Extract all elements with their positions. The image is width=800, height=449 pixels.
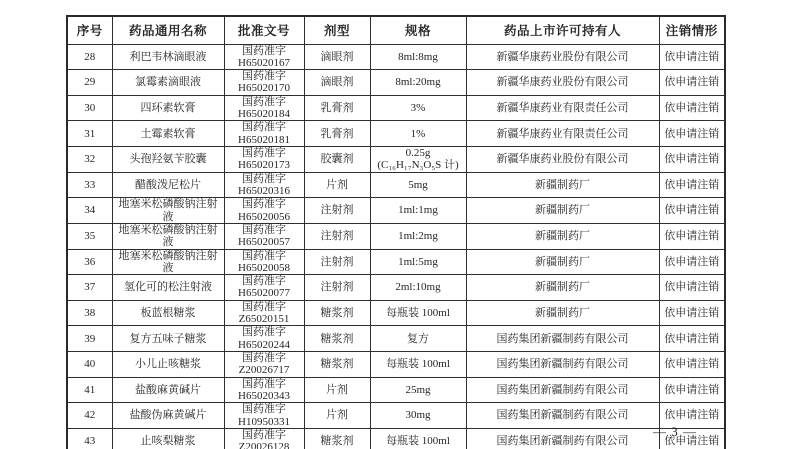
approval-no-cell: 国药准字 H65020244 xyxy=(224,326,304,352)
status-cell: 依申请注销 xyxy=(659,147,725,173)
spec-cell: 复方 xyxy=(370,326,466,352)
approval-no-cell: 国药准字 H65020167 xyxy=(224,44,304,70)
header-dosage-form: 剂型 xyxy=(304,16,370,44)
dosage-form-cell: 注射剂 xyxy=(304,275,370,301)
drug-name-cell: 氯霉素滴眼液 xyxy=(112,70,224,96)
dosage-form-cell: 片剂 xyxy=(304,377,370,403)
seq-cell: 43 xyxy=(67,428,112,449)
dosage-form-cell: 糖浆剂 xyxy=(304,428,370,449)
header-approval-no: 批准文号 xyxy=(224,16,304,44)
holder-cell: 新疆制药厂 xyxy=(466,300,659,326)
seq-cell: 32 xyxy=(67,147,112,173)
page-number: — 3 — xyxy=(636,424,714,440)
drug-name-cell: 盐酸麻黄碱片 xyxy=(112,377,224,403)
seq-cell: 39 xyxy=(67,326,112,352)
status-cell: 依申请注销 xyxy=(659,275,725,301)
dosage-form-cell: 滴眼剂 xyxy=(304,70,370,96)
table-row: 39复方五味子糖浆国药准字 H65020244糖浆剂复方国药集团新疆制药有限公司… xyxy=(67,326,725,352)
spec-cell: 1% xyxy=(370,121,466,147)
drug-name-cell: 地塞米松磷酸钠注射液 xyxy=(112,198,224,224)
dosage-form-cell: 胶囊剂 xyxy=(304,147,370,173)
spec-cell: 3% xyxy=(370,95,466,121)
dosage-form-cell: 糖浆剂 xyxy=(304,352,370,378)
table-row: 38板蓝根糖浆国药准字 Z65020151糖浆剂每瓶装 100ml新疆制药厂依申… xyxy=(67,300,725,326)
seq-cell: 28 xyxy=(67,44,112,70)
dosage-form-cell: 片剂 xyxy=(304,403,370,429)
holder-cell: 国药集团新疆制药有限公司 xyxy=(466,352,659,378)
dosage-form-cell: 注射剂 xyxy=(304,223,370,249)
approval-no-cell: 国药准字 H65020173 xyxy=(224,147,304,173)
holder-cell: 新疆制药厂 xyxy=(466,223,659,249)
seq-cell: 42 xyxy=(67,403,112,429)
spec-cell: 8ml:20mg xyxy=(370,70,466,96)
holder-cell: 新疆华康药业股份有限公司 xyxy=(466,147,659,173)
seq-cell: 34 xyxy=(67,198,112,224)
drug-name-cell: 四环素软膏 xyxy=(112,95,224,121)
table-row: 36地塞米松磷酸钠注射液国药准字 H65020058注射剂1ml:5mg新疆制药… xyxy=(67,249,725,275)
drug-name-cell: 利巴韦林滴眼液 xyxy=(112,44,224,70)
drug-name-cell: 头孢羟氨苄胶囊 xyxy=(112,147,224,173)
drug-name-cell: 醋酸泼尼松片 xyxy=(112,172,224,198)
document-page: 序号 药品通用名称 批准文号 剂型 规格 药品上市许可持有人 注销情形 28利巴… xyxy=(0,0,800,449)
table-row: 33醋酸泼尼松片国药准字 H65020316片剂5mg新疆制药厂依申请注销 xyxy=(67,172,725,198)
status-cell: 依申请注销 xyxy=(659,121,725,147)
status-cell: 依申请注销 xyxy=(659,352,725,378)
approval-no-cell: 国药准字 Z65020151 xyxy=(224,300,304,326)
status-cell: 依申请注销 xyxy=(659,95,725,121)
dosage-form-cell: 注射剂 xyxy=(304,249,370,275)
seq-cell: 38 xyxy=(67,300,112,326)
approval-no-cell: 国药准字 H65020343 xyxy=(224,377,304,403)
table-row: 32头孢羟氨苄胶囊国药准字 H65020173胶囊剂0.25g (C₁₆H₁₇N… xyxy=(67,147,725,173)
dosage-form-cell: 滴眼剂 xyxy=(304,44,370,70)
status-cell: 依申请注销 xyxy=(659,249,725,275)
status-cell: 依申请注销 xyxy=(659,70,725,96)
spec-cell: 1ml:5mg xyxy=(370,249,466,275)
spec-cell: 每瓶装 100ml xyxy=(370,300,466,326)
holder-cell: 新疆华康药业股份有限公司 xyxy=(466,44,659,70)
drug-name-cell: 小儿止咳糖浆 xyxy=(112,352,224,378)
dosage-form-cell: 注射剂 xyxy=(304,198,370,224)
seq-cell: 31 xyxy=(67,121,112,147)
table-row: 28利巴韦林滴眼液国药准字 H65020167滴眼剂8ml:8mg新疆华康药业股… xyxy=(67,44,725,70)
table-row: 29氯霉素滴眼液国药准字 H65020170滴眼剂8ml:20mg新疆华康药业股… xyxy=(67,70,725,96)
status-cell: 依申请注销 xyxy=(659,300,725,326)
header-drug-name: 药品通用名称 xyxy=(112,16,224,44)
approval-no-cell: 国药准字 H65020316 xyxy=(224,172,304,198)
status-cell: 依申请注销 xyxy=(659,326,725,352)
spec-cell: 2ml:10mg xyxy=(370,275,466,301)
dosage-form-cell: 片剂 xyxy=(304,172,370,198)
seq-cell: 35 xyxy=(67,223,112,249)
dosage-form-cell: 糖浆剂 xyxy=(304,326,370,352)
drug-name-cell: 地塞米松磷酸钠注射液 xyxy=(112,223,224,249)
header-holder: 药品上市许可持有人 xyxy=(466,16,659,44)
status-cell: 依申请注销 xyxy=(659,377,725,403)
drug-name-cell: 止咳梨糖浆 xyxy=(112,428,224,449)
table-body: 28利巴韦林滴眼液国药准字 H65020167滴眼剂8ml:8mg新疆华康药业股… xyxy=(67,44,725,449)
status-cell: 依申请注销 xyxy=(659,198,725,224)
holder-cell: 新疆制药厂 xyxy=(466,172,659,198)
approval-no-cell: 国药准字 H65020057 xyxy=(224,223,304,249)
approval-no-cell: 国药准字 Z20026128 xyxy=(224,428,304,449)
spec-cell: 每瓶装 100ml xyxy=(370,428,466,449)
drug-name-cell: 盐酸伪麻黄碱片 xyxy=(112,403,224,429)
spec-cell: 0.25g (C₁₆H₁₇N₃O₅S 计) xyxy=(370,147,466,173)
table-row: 40小儿止咳糖浆国药准字 Z20026717糖浆剂每瓶装 100ml国药集团新疆… xyxy=(67,352,725,378)
dosage-form-cell: 乳膏剂 xyxy=(304,121,370,147)
holder-cell: 国药集团新疆制药有限公司 xyxy=(466,326,659,352)
dosage-form-cell: 糖浆剂 xyxy=(304,300,370,326)
table-header-row: 序号 药品通用名称 批准文号 剂型 规格 药品上市许可持有人 注销情形 xyxy=(67,16,725,44)
seq-cell: 37 xyxy=(67,275,112,301)
seq-cell: 40 xyxy=(67,352,112,378)
holder-cell: 新疆华康药业股份有限公司 xyxy=(466,70,659,96)
approval-no-cell: 国药准字 H65020170 xyxy=(224,70,304,96)
seq-cell: 33 xyxy=(67,172,112,198)
approval-no-cell: 国药准字 Z20026717 xyxy=(224,352,304,378)
seq-cell: 30 xyxy=(67,95,112,121)
table-row: 30四环素软膏国药准字 H65020184乳膏剂3%新疆华康药业有限责任公司依申… xyxy=(67,95,725,121)
spec-cell: 1ml:2mg xyxy=(370,223,466,249)
holder-cell: 新疆制药厂 xyxy=(466,198,659,224)
spec-cell: 25mg xyxy=(370,377,466,403)
table-row: 43止咳梨糖浆国药准字 Z20026128糖浆剂每瓶装 100ml国药集团新疆制… xyxy=(67,428,725,449)
spec-cell: 5mg xyxy=(370,172,466,198)
holder-cell: 新疆制药厂 xyxy=(466,249,659,275)
holder-cell: 国药集团新疆制药有限公司 xyxy=(466,377,659,403)
table-row: 31土霉素软膏国药准字 H65020181乳膏剂1%新疆华康药业有限责任公司依申… xyxy=(67,121,725,147)
approval-no-cell: 国药准字 H65020058 xyxy=(224,249,304,275)
table-row: 37氢化可的松注射液国药准字 H65020077注射剂2ml:10mg新疆制药厂… xyxy=(67,275,725,301)
drug-name-cell: 土霉素软膏 xyxy=(112,121,224,147)
approval-no-cell: 国药准字 H65020077 xyxy=(224,275,304,301)
approval-no-cell: 国药准字 H65020181 xyxy=(224,121,304,147)
table-row: 41盐酸麻黄碱片国药准字 H65020343片剂25mg国药集团新疆制药有限公司… xyxy=(67,377,725,403)
holder-cell: 新疆制药厂 xyxy=(466,275,659,301)
table-row: 34地塞米松磷酸钠注射液国药准字 H65020056注射剂1ml:1mg新疆制药… xyxy=(67,198,725,224)
status-cell: 依申请注销 xyxy=(659,44,725,70)
header-seq: 序号 xyxy=(67,16,112,44)
spec-cell: 8ml:8mg xyxy=(370,44,466,70)
holder-cell: 国药集团新疆制药有限公司 xyxy=(466,428,659,449)
drug-name-cell: 板蓝根糖浆 xyxy=(112,300,224,326)
drug-name-cell: 氢化可的松注射液 xyxy=(112,275,224,301)
table-row: 35地塞米松磷酸钠注射液国药准字 H65020057注射剂1ml:2mg新疆制药… xyxy=(67,223,725,249)
approval-no-cell: 国药准字 H65020184 xyxy=(224,95,304,121)
spec-cell: 每瓶装 100ml xyxy=(370,352,466,378)
approval-no-cell: 国药准字 H65020056 xyxy=(224,198,304,224)
header-spec: 规格 xyxy=(370,16,466,44)
drug-name-cell: 复方五味子糖浆 xyxy=(112,326,224,352)
header-status: 注销情形 xyxy=(659,16,725,44)
holder-cell: 新疆华康药业有限责任公司 xyxy=(466,95,659,121)
seq-cell: 29 xyxy=(67,70,112,96)
spec-cell: 30mg xyxy=(370,403,466,429)
holder-cell: 国药集团新疆制药有限公司 xyxy=(466,403,659,429)
seq-cell: 41 xyxy=(67,377,112,403)
dosage-form-cell: 乳膏剂 xyxy=(304,95,370,121)
drug-name-cell: 地塞米松磷酸钠注射液 xyxy=(112,249,224,275)
spec-cell: 1ml:1mg xyxy=(370,198,466,224)
drug-cancellation-table: 序号 药品通用名称 批准文号 剂型 规格 药品上市许可持有人 注销情形 28利巴… xyxy=(66,15,726,449)
seq-cell: 36 xyxy=(67,249,112,275)
approval-no-cell: 国药准字 H10950331 xyxy=(224,403,304,429)
status-cell: 依申请注销 xyxy=(659,223,725,249)
holder-cell: 新疆华康药业有限责任公司 xyxy=(466,121,659,147)
table-row: 42盐酸伪麻黄碱片国药准字 H10950331片剂30mg国药集团新疆制药有限公… xyxy=(67,403,725,429)
status-cell: 依申请注销 xyxy=(659,172,725,198)
